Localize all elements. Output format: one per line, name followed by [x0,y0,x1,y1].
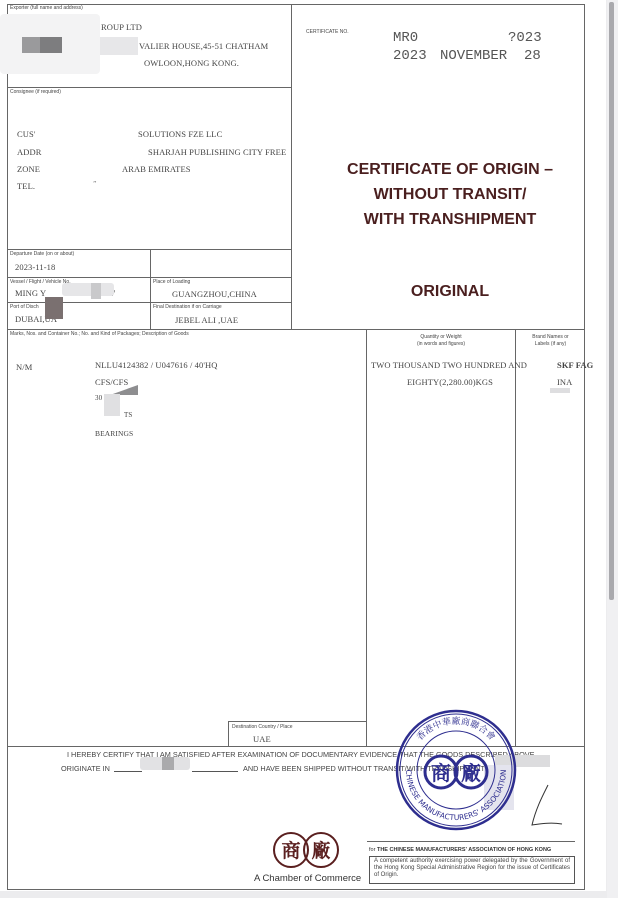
consignee-line-left: ZONE [17,164,40,174]
redaction [100,37,138,55]
port-of-discharge-label: Port of Disch [10,304,39,310]
destination-country: UAE [253,734,271,744]
vertical-scrollbar[interactable] [607,0,618,898]
divider [515,329,516,747]
quantity-line-2: EIGHTY(2,280.00)KGS [407,377,493,387]
redaction [162,757,174,770]
consignee-line-left: TEL. [17,181,35,191]
consignee-line-left: CUS' [17,129,35,139]
final-destination: JEBEL ALI ,UAE [175,315,238,325]
quantity-label-2: (in words and figures) [367,341,515,347]
consignee-line-right: SHARJAH PUBLISHING CITY FREE [148,147,286,157]
original-status: ORIGINAL [300,283,600,301]
certificate-date-month: NOVEMBER [440,48,507,64]
brand-line-2: INA [557,377,572,387]
svg-text:商: 商 [431,761,451,785]
brand-label-1: Brand Names or [516,334,585,340]
destination-country-label: Destination Country / Place [232,724,293,730]
document-title-line-2: WITHOUT TRANSIT/ [300,182,600,207]
goods-line: BEARINGS [95,429,133,438]
place-of-loading: GUANGZHOU,CHINA [172,289,257,299]
certificate-number-suffix: ?023 [508,30,542,46]
redaction [45,297,63,319]
goods-line: CFS/CFS [95,377,128,387]
divider [291,4,292,329]
redaction [40,37,62,53]
certificate-date-year: 2023 [393,48,427,64]
divider [228,721,367,722]
goods-label: Marks, Nos. and Container No.; No. and K… [10,331,189,337]
consignee-label: Consignee (if required) [10,89,61,95]
consignee-line-right: ARAB EMIRATES [122,164,191,174]
for-prefix: for [369,847,375,853]
divider [366,329,367,747]
consignee-line-right: ’’ [93,181,97,187]
association-title: THE CHINESE MANUFACTURERS' ASSOCIATION O… [377,847,551,853]
signature [518,780,568,830]
document-page: Exporter (full name and address) ROUP LT… [0,0,606,891]
blank-line [114,771,142,772]
divider [7,249,291,250]
place-of-loading-label: Place of Loading [153,279,190,285]
exporter-line: VALIER HOUSE,45-51 CHATHAM [139,41,268,51]
document-title-line-3: WITH TRANSHIPMENT [300,207,600,232]
association-name: for THE CHINESE MANUFACTURERS' ASSOCIATI… [369,847,551,853]
certificate-no-label: CERTIFICATE NO. [306,29,349,35]
association-logo: 商 廠 [271,831,341,869]
brand-label-2: Labels (if any) [516,341,585,347]
consignee-line-left: ADDR [17,147,42,157]
redaction [104,394,120,416]
consignee-line-right: SOLUTIONS FZE LLC [138,129,222,139]
exporter-label: Exporter (full name and address) [10,5,83,11]
official-stamp: 商 廠 香港中華廠商聯合會 CHINESE MANUFACTURERS' ASS… [394,708,518,832]
exporter-line: ROUP LTD [101,22,142,32]
divider [7,87,291,88]
redaction [550,388,570,393]
divider [150,249,151,329]
scrollbar-thumb[interactable] [609,2,614,600]
blank-line [192,771,238,772]
svg-text:廠: 廠 [461,761,481,785]
divider [7,277,291,278]
brand-line-1: SKF FAG [557,360,593,370]
redaction [91,283,101,299]
quantity-line-1: TWO THOUSAND TWO HUNDRED AND [371,360,527,370]
divider [367,841,575,842]
final-destination-label: Final Destination if on Carriage [153,304,222,310]
certificate-date-day: 28 [524,48,541,64]
certification-originate: ORIGINATE IN [61,764,110,773]
redaction [62,283,114,296]
exporter-line: OWLOON,HONG KONG. [144,58,239,68]
departure-date: 2023-11-18 [15,262,55,272]
vessel-prefix: MING Y [15,288,46,298]
certificate-number-prefix: MR0 [393,30,418,46]
svg-text:商: 商 [281,839,300,862]
quantity-label-1: Quantity or Weight [367,334,515,340]
chamber-of-commerce-text: A Chamber of Commerce [254,873,361,884]
authority-box: A competent authority exercising power d… [369,856,575,884]
redaction [22,37,40,53]
departure-date-label: Departure Date (on or about) [10,251,74,257]
goods-line: NLLU4124382 / U047616 / 40'HQ [95,360,217,370]
document-title-line-1: CERTIFICATE OF ORIGIN – [300,157,600,182]
goods-line: TS [124,411,132,419]
divider [7,329,585,330]
goods-line: 30 [95,394,102,402]
svg-text:廠: 廠 [311,839,330,862]
goods-marks: N/M [16,362,32,372]
divider [228,721,229,747]
